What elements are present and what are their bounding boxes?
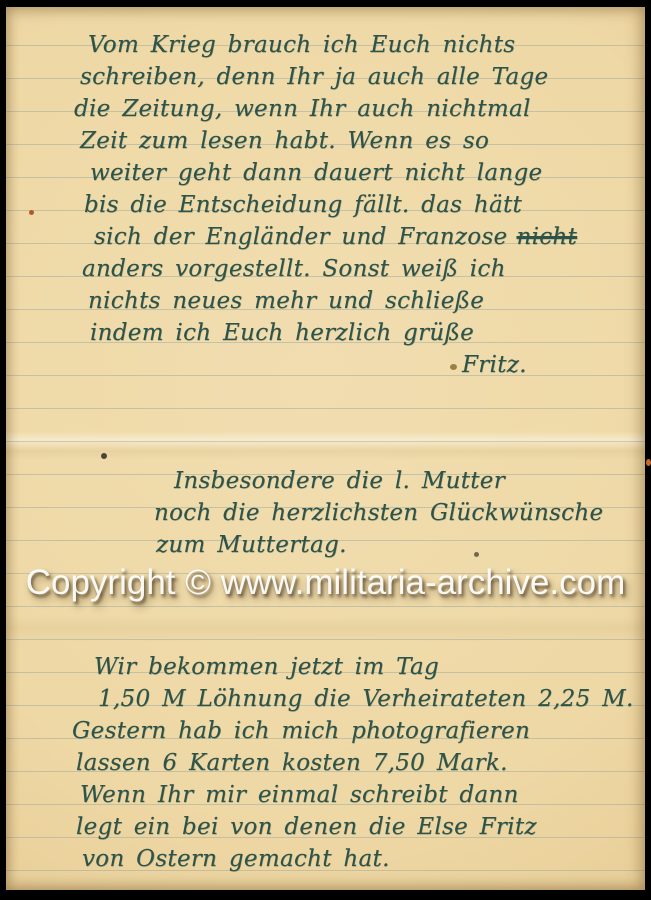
- handwriting-line: Insbesondere die l. Mutter: [174, 465, 603, 497]
- scanned-letter-page: { "colors": { "paper": "#eed8a5", "ink":…: [0, 0, 651, 900]
- handwriting-line: schreiben, denn Ihr ja auch alle Tage: [80, 61, 577, 93]
- handwriting-line: lassen 6 Karten kosten 7,50 Mark.: [76, 747, 634, 779]
- letter-paper: Vom Krieg brauch ich Euch nichts schreib…: [6, 7, 645, 890]
- struck-word: nicht: [516, 224, 577, 250]
- signature: Fritz.: [462, 349, 577, 381]
- ink-speck: [101, 453, 107, 459]
- handwriting-line-with-strikethrough: sich der Engländer und Franzosenicht: [94, 221, 577, 253]
- copyright-watermark: Copyright © www.militaria-archive.com: [0, 563, 651, 603]
- handwriting-line: Wir bekommen jetzt im Tag: [94, 651, 634, 683]
- handwriting-line: Gestern hab ich mich photografieren: [72, 715, 634, 747]
- handwriting-line: Zeit zum lesen habt. Wenn es so: [80, 125, 577, 157]
- handwriting-line: noch die herzlichsten Glückwünsche: [154, 497, 603, 529]
- handwriting-line: Vom Krieg brauch ich Euch nichts: [88, 29, 577, 61]
- handwriting-text: sich der Engländer und Franzose: [94, 224, 507, 250]
- foxing-speck: [646, 459, 651, 466]
- handwriting-line: indem ich Euch herzlich grüße: [90, 317, 577, 349]
- handwriting-line: zum Muttertag.: [156, 529, 603, 561]
- handwriting-line: von Ostern gemacht hat.: [82, 843, 634, 875]
- foxing-speck: [29, 210, 34, 215]
- paragraph-mothers-day-greeting: Insbesondere die l. Mutter noch die herz…: [154, 465, 603, 561]
- handwriting-line: anders vorgestellt. Sonst weiß ich: [82, 253, 577, 285]
- handwriting-line: Wenn Ihr mir einmal schreibt dann: [80, 779, 634, 811]
- handwriting-line: die Zeitung, wenn Ihr auch nichtmal: [74, 93, 577, 125]
- handwriting-line: bis die Entscheidung fällt. das hätt: [84, 189, 577, 221]
- handwriting-line: weiter geht dann dauert nicht lange: [90, 157, 577, 189]
- handwriting-line: 1,50 M Löhnung die Verheirateten 2,25 M.: [98, 683, 634, 715]
- paragraph-war-news: Vom Krieg brauch ich Euch nichts schreib…: [74, 29, 577, 381]
- paragraph-pay-and-photos: Wir bekommen jetzt im Tag 1,50 M Löhnung…: [72, 651, 634, 875]
- handwriting-line: nichts neues mehr und schließe: [88, 285, 577, 317]
- handwriting-line: legt ein bei von denen die Else Fritz: [76, 811, 634, 843]
- ink-speck: [450, 364, 457, 370]
- ink-speck: [474, 552, 479, 557]
